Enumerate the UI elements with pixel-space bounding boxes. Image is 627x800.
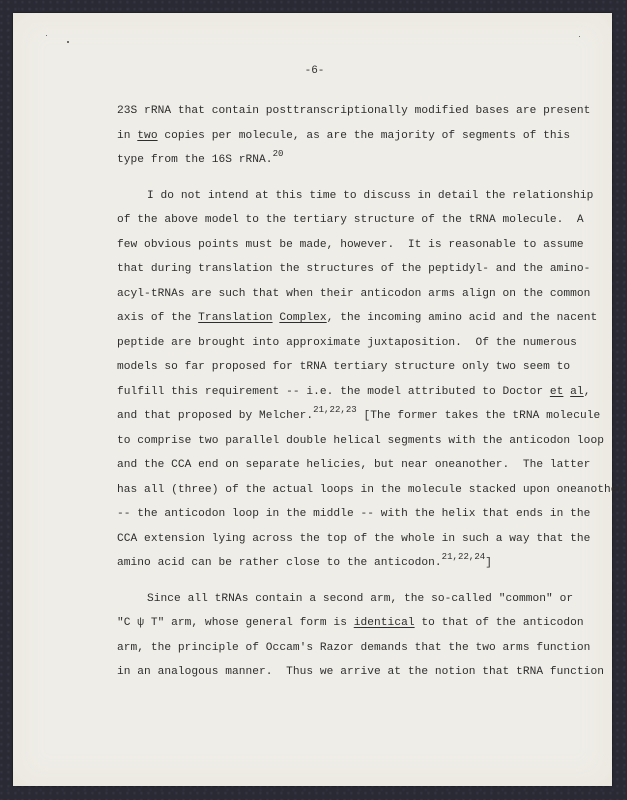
text-line: amino acid can be rather close to the an… (117, 551, 587, 576)
text-line: and that proposed by Melcher.21,22,23 [T… (117, 404, 587, 429)
text-segment: CCA extension lying across the top of th… (117, 533, 590, 545)
text-line: of the above model to the tertiary struc… (117, 208, 587, 233)
text-line: and the CCA end on separate helicies, bu… (117, 453, 587, 478)
text-segment: few obvious points must be made, however… (117, 239, 584, 251)
text-line: type from the 16S rRNA.20 (117, 148, 587, 173)
paragraph-gap (117, 576, 587, 587)
text-segment: , (584, 386, 591, 398)
text-segment: copies per molecule, as are the majority… (158, 130, 571, 142)
text-line: axis of the Translation Complex, the inc… (117, 306, 587, 331)
text-line: CCA extension lying across the top of th… (117, 527, 587, 552)
text-line: has all (three) of the actual loops in t… (117, 478, 587, 503)
text-line: models so far proposed for tRNA tertiary… (117, 355, 587, 380)
text-segment: to comprise two parallel double helical … (117, 435, 604, 447)
text-segment: [The former takes the tRNA molecule (357, 410, 601, 422)
underlined-text: Translation (198, 312, 272, 324)
text-line: -- the anticodon loop in the middle -- w… (117, 502, 587, 527)
speck (46, 35, 47, 36)
text-line: in two copies per molecule, as are the m… (117, 124, 587, 149)
paragraph: 23S rRNA that contain posttranscriptiona… (117, 99, 587, 173)
text-segment: in an analogous manner. Thus we arrive a… (117, 666, 604, 678)
text-segment: "C ψ T" arm, whose general form is (117, 617, 354, 629)
text-segment: fulfill this requirement -- i.e. the mod… (117, 386, 550, 398)
page-number: -6- (13, 65, 612, 77)
text-line: acyl-tRNAs are such that when their anti… (117, 282, 587, 307)
text-segment: -- the anticodon loop in the middle -- w… (117, 508, 590, 520)
footnote-reference: 21,22,24 (442, 552, 486, 562)
footnote-reference: 21,22,23 (313, 405, 357, 415)
text-segment: has all (three) of the actual loops in t… (117, 484, 624, 496)
text-segment: to that of the anticodon (415, 617, 584, 629)
text-segment: ] (485, 557, 492, 569)
speck (579, 36, 580, 37)
document-page: -6- 23S rRNA that contain posttranscript… (13, 13, 612, 786)
text-segment: of the above model to the tertiary struc… (117, 214, 584, 226)
underlined-text: two (137, 130, 157, 142)
speck (67, 41, 69, 43)
text-segment: Since all tRNAs contain a second arm, th… (147, 593, 573, 605)
footnote-reference: 20 (273, 149, 284, 159)
text-segment: , the incoming amino acid and the nacent (327, 312, 598, 324)
text-segment: that during translation the structures o… (117, 263, 590, 275)
text-line: arm, the principle of Occam's Razor dema… (117, 636, 587, 661)
underlined-text: Complex (279, 312, 326, 324)
text-line: in an analogous manner. Thus we arrive a… (117, 660, 587, 685)
text-line: few obvious points must be made, however… (117, 233, 587, 258)
paragraph-gap (117, 173, 587, 184)
text-line: I do not intend at this time to discuss … (117, 184, 587, 209)
paragraph: Since all tRNAs contain a second arm, th… (117, 587, 587, 685)
text-segment: amino acid can be rather close to the an… (117, 557, 442, 569)
text-segment: 23S rRNA that contain posttranscriptiona… (117, 105, 590, 117)
underlined-text: et (550, 386, 564, 398)
paragraph: I do not intend at this time to discuss … (117, 184, 587, 576)
underlined-text: al (570, 386, 584, 398)
document-body: 23S rRNA that contain posttranscriptiona… (117, 99, 587, 685)
text-segment: type from the 16S rRNA. (117, 154, 273, 166)
text-line: that during translation the structures o… (117, 257, 587, 282)
text-segment: models so far proposed for tRNA tertiary… (117, 361, 570, 373)
text-segment: in (117, 130, 137, 142)
text-line: peptide are brought into approximate jux… (117, 331, 587, 356)
text-segment: I do not intend at this time to discuss … (147, 190, 593, 202)
text-line: "C ψ T" arm, whose general form is ident… (117, 611, 587, 636)
underlined-text: identical (354, 617, 415, 629)
text-segment: and that proposed by Melcher. (117, 410, 313, 422)
text-line: fulfill this requirement -- i.e. the mod… (117, 380, 587, 405)
text-segment: axis of the (117, 312, 198, 324)
text-segment: and the CCA end on separate helicies, bu… (117, 459, 590, 471)
text-line: to comprise two parallel double helical … (117, 429, 587, 454)
text-segment: acyl-tRNAs are such that when their anti… (117, 288, 590, 300)
text-line: Since all tRNAs contain a second arm, th… (117, 587, 587, 612)
text-segment: peptide are brought into approximate jux… (117, 337, 577, 349)
text-line: 23S rRNA that contain posttranscriptiona… (117, 99, 587, 124)
text-segment: arm, the principle of Occam's Razor dema… (117, 642, 590, 654)
